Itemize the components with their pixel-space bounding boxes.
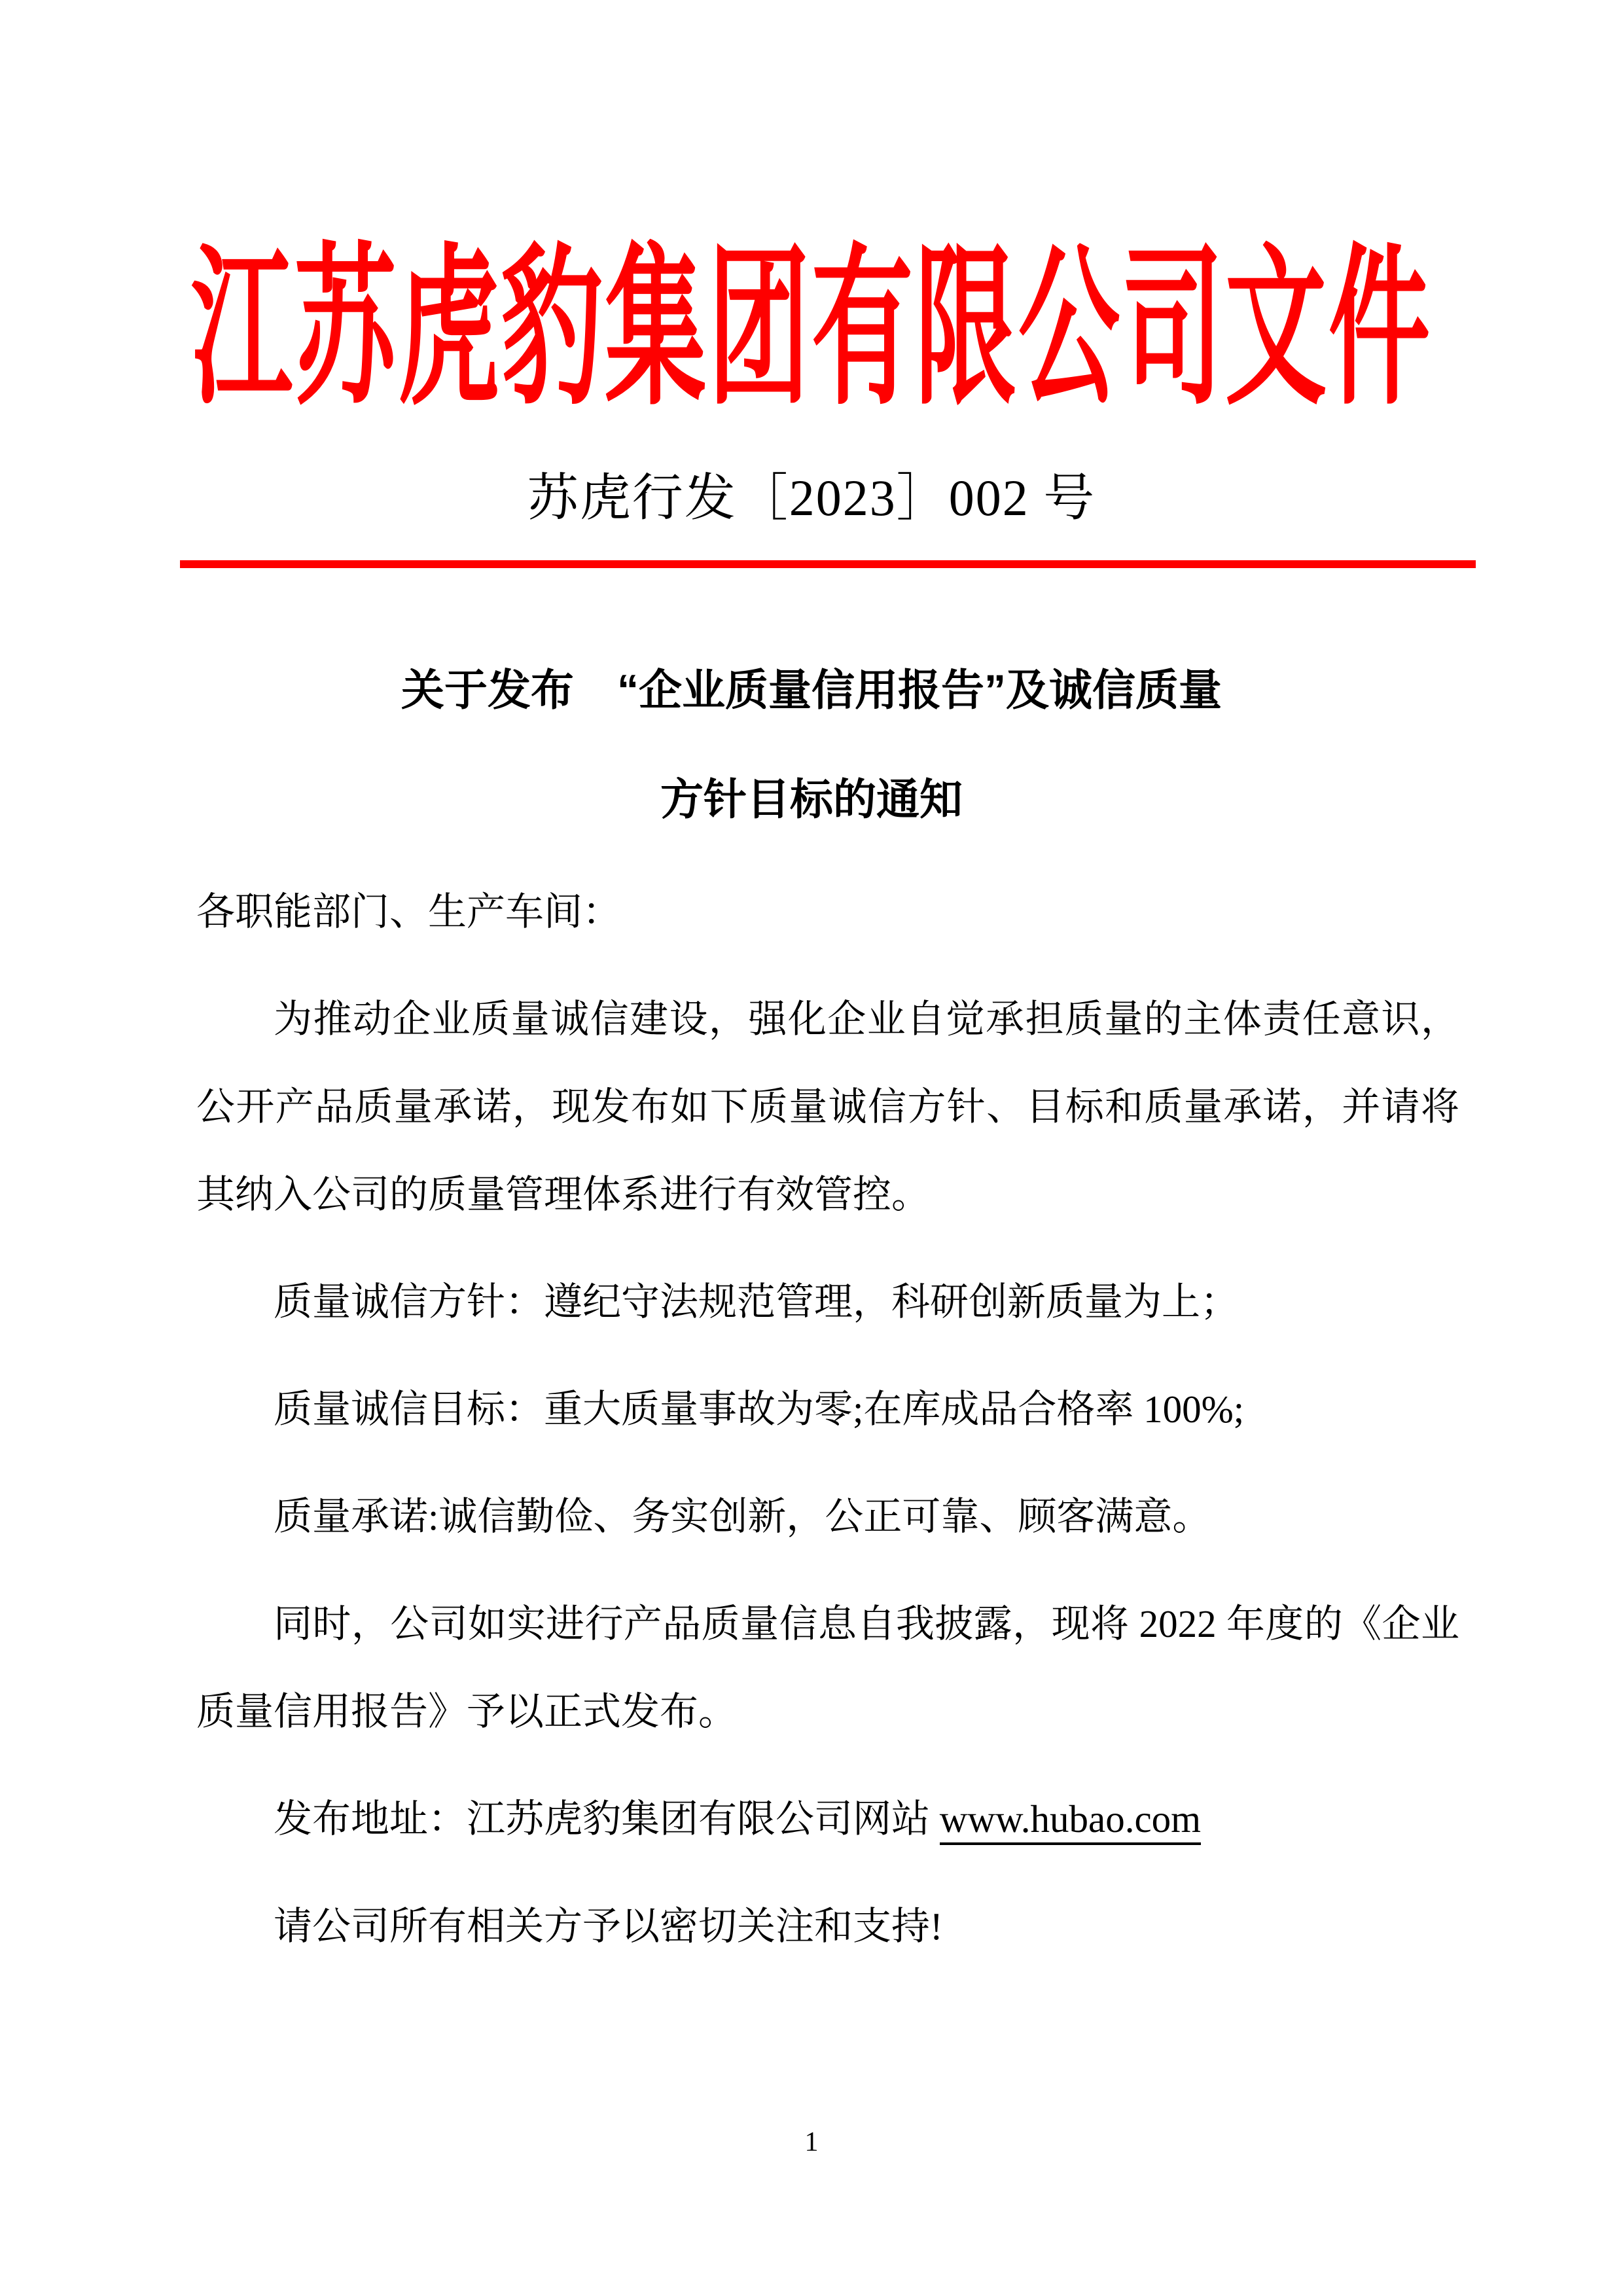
publish-address-prefix: 发布地址：江苏虎豹集团有限公司网站 — [274, 1797, 940, 1840]
website-link[interactable]: www.hubao.com — [940, 1797, 1201, 1845]
document-number: 苏虎行发［2023］002 号 — [0, 467, 1623, 529]
notice-title-line2: 方针目标的通知 — [0, 773, 1623, 825]
quality-policy-paragraph: 质量诚信方针：遵纪守法规范管理，科研创新质量为上； — [196, 1258, 1459, 1346]
company-file-masthead: 江苏虎豹集团有限公司文件 — [0, 244, 1623, 434]
closing-paragraph: 请公司所有相关方予以密切关注和支持! — [196, 1882, 1459, 1970]
notice-body: 各职能部门、生产车间： 为推动企业质量诚信建设，强化企业自觉承担质量的主体责任意… — [196, 868, 1459, 1990]
disclosure-paragraph: 同时，公司如实进行产品质量信息自我披露，现将 2022 年度的《企业质量信用报告… — [196, 1580, 1459, 1755]
company-file-masthead-text: 江苏虎豹集团有限公司文件 — [191, 244, 1432, 417]
salutation: 各职能部门、生产车间： — [196, 868, 1459, 956]
quality-target-paragraph: 质量诚信目标：重大质量事故为零;在库成品合格率 100%; — [196, 1365, 1459, 1453]
quality-commitment-paragraph: 质量承诺:诚信勤俭、务实创新，公正可靠、顾客满意。 — [196, 1473, 1459, 1560]
body-paragraph: 为推动企业质量诚信建设，强化企业自觉承担质量的主体责任意识，公开产品质量承诺，现… — [196, 975, 1459, 1238]
publish-address-line: 发布地址：江苏虎豹集团有限公司网站 www.hubao.com — [196, 1775, 1459, 1863]
page-number: 1 — [0, 2126, 1623, 2159]
red-separator-line — [180, 560, 1476, 568]
document-page: 江苏虎豹集团有限公司文件 苏虎行发［2023］002 号 关于发布 “企业质量信… — [0, 0, 1623, 2296]
notice-title-line1: 关于发布 “企业质量信用报告”及诚信质量 — [0, 664, 1623, 716]
